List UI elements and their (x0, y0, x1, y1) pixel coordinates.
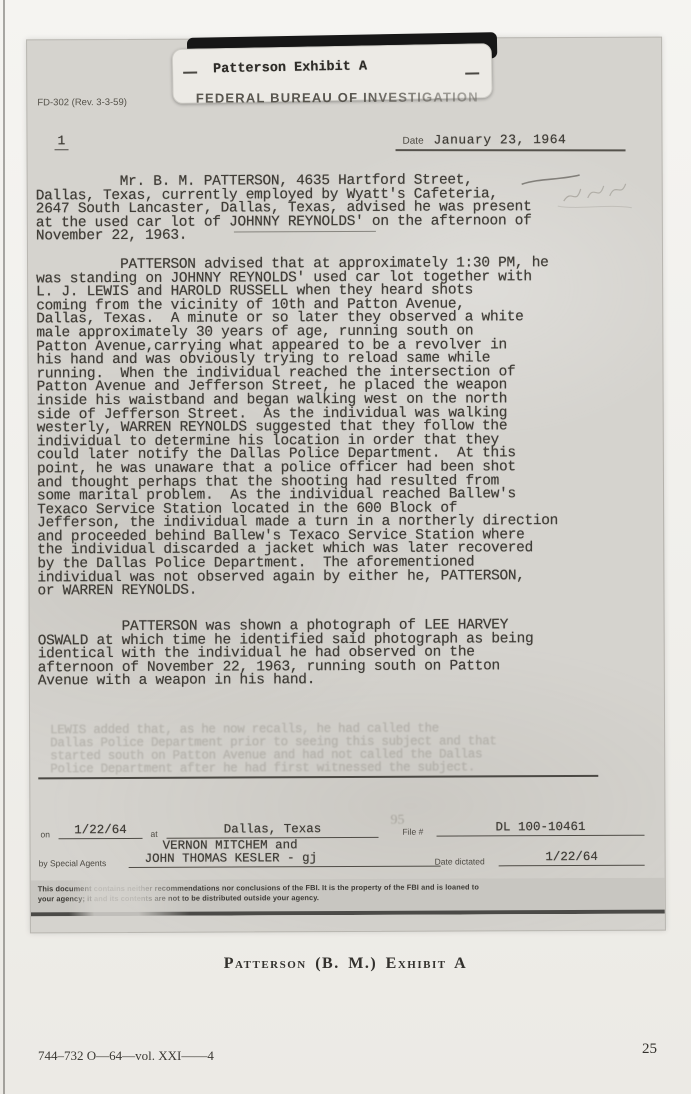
date-underline (396, 149, 626, 151)
date-dictated-value: 1/22/64 (499, 850, 645, 867)
at-label: at (150, 829, 157, 839)
file-number-label: File # (402, 827, 423, 837)
paragraph-2: PATTERSON advised that at approximately … (36, 257, 558, 599)
fbi-fd302-document: Patterson Exhibit A FD-302 (Rev. 3-3-59)… (26, 37, 666, 934)
scan-edge-line (3, 0, 5, 1094)
paragraph-1: Mr. B. M. PATTERSON, 4635 Hartford Stree… (36, 174, 532, 244)
stamp-left-dash (183, 72, 197, 74)
date-label: Date (402, 136, 423, 147)
by-special-agent-label: by Special Agents (39, 858, 107, 868)
date-dictated-label: Date dictated (435, 856, 485, 866)
agency-header: FEDERAL BUREAU OF INVESTIGATION (167, 89, 507, 105)
bleedthrough-text: LEWIS added that, as he now recalls, he … (50, 722, 497, 776)
exhibit-caption: Patterson (B. M.) Exhibit A (0, 955, 691, 973)
disclaimer-strip: This document contains neither recommend… (31, 878, 665, 917)
date-value: January 23, 1964 (433, 132, 566, 148)
interview-date-value: 1/22/64 (58, 823, 142, 839)
paragraph-3: PATTERSON was shown a photograph of LEE … (38, 619, 534, 689)
interview-place-value: Dallas, Texas (166, 822, 378, 839)
form-number: FD-302 (Rev. 3-3-59) (37, 97, 127, 108)
scanned-document-page: Patterson Exhibit A FD-302 (Rev. 3-3-59)… (0, 0, 691, 1094)
on-label: on (40, 829, 50, 839)
exhibit-stamp-label: Patterson Exhibit A (213, 59, 367, 77)
printer-imprint: 744–732 O—64—vol. XXI——4 (38, 1048, 214, 1064)
agents-line2: JOHN THOMAS KESLER - gj (129, 851, 441, 868)
file-number-value: DL 100-10461 (436, 820, 644, 837)
page-number-indicator: 1 (54, 133, 68, 150)
stamp-right-dash (465, 72, 479, 74)
book-page-number: 25 (642, 1041, 657, 1058)
